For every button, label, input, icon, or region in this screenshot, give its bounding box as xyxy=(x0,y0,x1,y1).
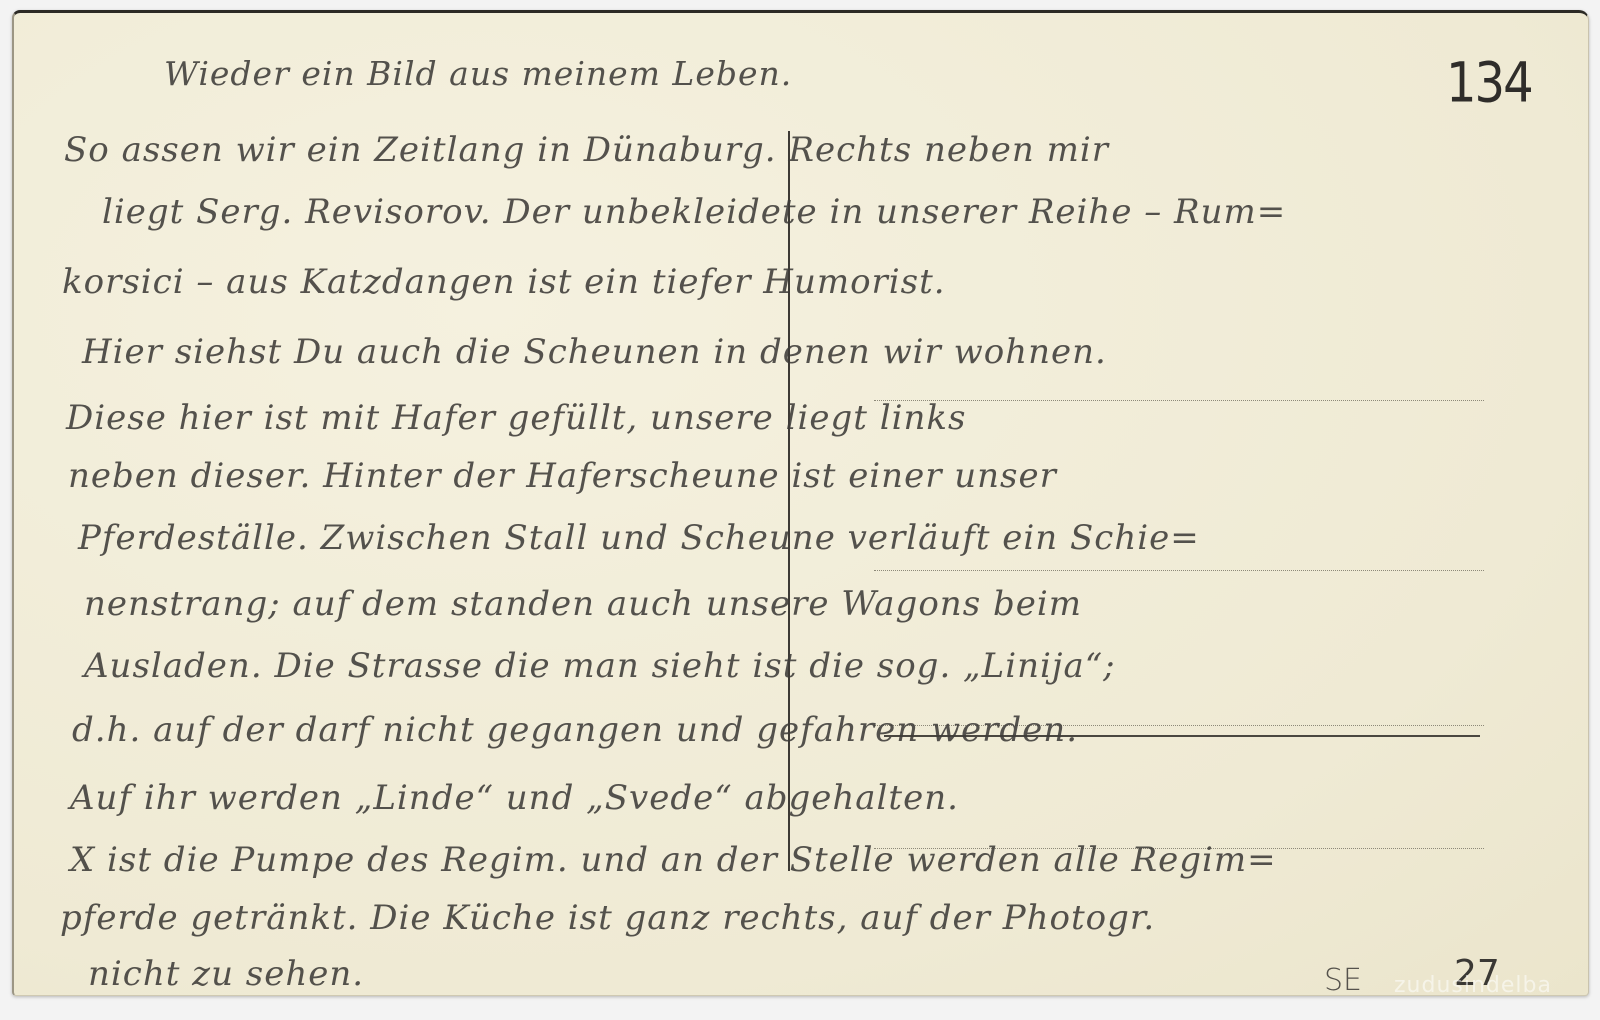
text-line-5: Diese hier ist mit Hafer gefüllt, unsere… xyxy=(66,401,966,435)
postcard-vertical-divider xyxy=(788,131,790,871)
title-line: Wieder ein Bild aus meinem Leben. xyxy=(164,57,792,90)
text-line-10: d.h. auf der darf nicht gegangen und gef… xyxy=(72,713,1078,747)
text-line-6: neben dieser. Hinter der Haferscheune is… xyxy=(68,459,1057,493)
text-line-13: pferde getränkt. Die Küche ist ganz rech… xyxy=(60,901,1155,935)
text-line-11: Auf ihr werden „Linde“ und „Svede“ abgeh… xyxy=(70,781,959,815)
watermark: zudusindelba xyxy=(1394,973,1552,998)
text-line-1: So assen wir ein Zeitlang in Dünaburg. R… xyxy=(64,133,1109,167)
archive-code: SE xyxy=(1324,963,1362,998)
text-line-3: korsici – aus Katzdangen ist ein tiefer … xyxy=(62,265,946,299)
text-line-8: nenstrang; auf dem standen auch unsere W… xyxy=(84,587,1082,621)
text-line-9: Ausladen. Die Strasse die man sieht ist … xyxy=(84,649,1116,683)
text-line-4: Hier siehst Du auch die Scheunen in dene… xyxy=(82,335,1107,369)
text-line-7: Pferdeställe. Zwischen Stall und Scheune… xyxy=(78,521,1200,555)
address-line-2 xyxy=(874,570,1484,571)
text-line-12: X ist die Pumpe des Regim. und an der St… xyxy=(70,843,1277,877)
text-line-14: nicht zu sehen. xyxy=(88,957,364,991)
postcard-back: 134 Wieder ein Bild aus meinem Leben. So… xyxy=(12,10,1589,996)
text-line-2: liegt Serg. Revisorov. Der unbekleidete … xyxy=(102,195,1286,229)
page-number: 134 xyxy=(1446,51,1532,115)
